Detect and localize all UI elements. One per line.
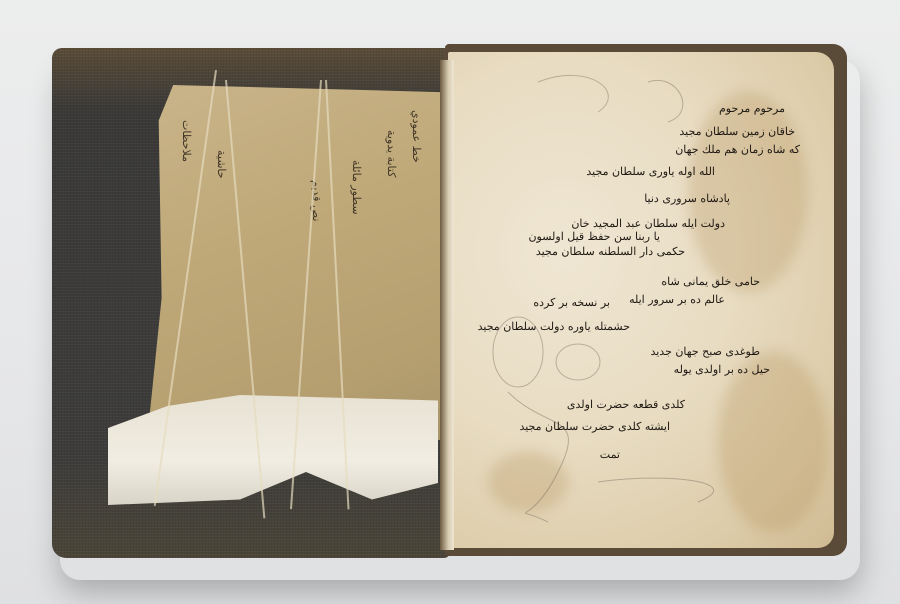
left-script-column: خط عمودي xyxy=(410,110,423,410)
left-script-column: حاشية xyxy=(215,150,228,380)
left-script-column: كتابة يدوية xyxy=(385,130,398,390)
left-script-column: سطور مائلة xyxy=(350,160,363,380)
pencil-scribbles xyxy=(448,52,834,548)
